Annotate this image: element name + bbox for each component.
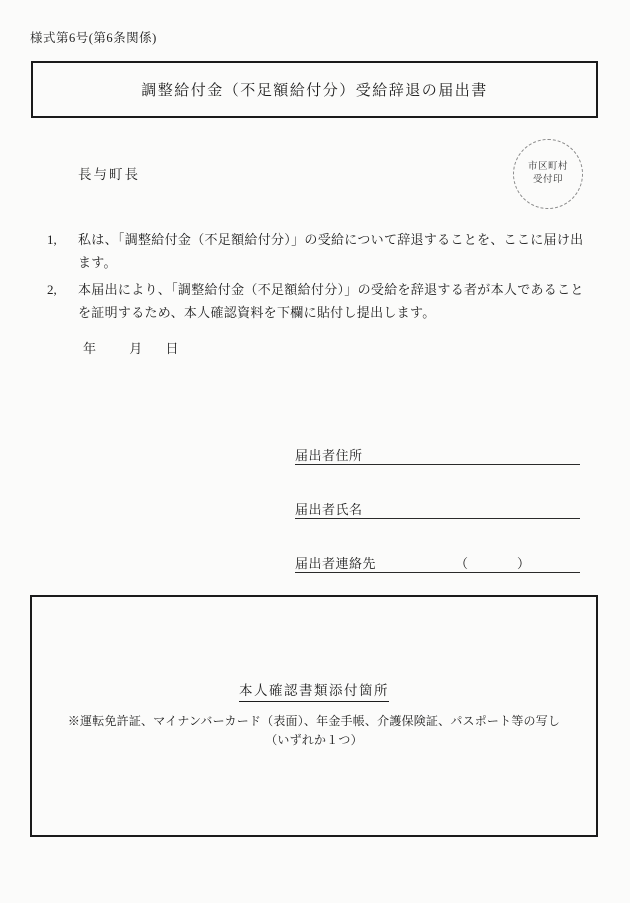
stamp-text-line1: 市区町村 (528, 161, 568, 174)
date-month-label: 月 (129, 341, 142, 356)
field-declarant-address: 届出者住所 (295, 445, 580, 465)
date-line: 年 月 日 (83, 338, 179, 357)
contact-paren-open: （ (455, 553, 468, 572)
item-1-text: 私は、「調整給付金（不足額給付分）」の受給について辞退することを、ここに届け出ま… (78, 228, 592, 274)
contact-paren-close: ） (517, 553, 530, 572)
date-day-label: 日 (166, 341, 179, 356)
form-number: 様式第6号(第6条関係) (30, 28, 157, 46)
declarant-contact-label: 届出者連絡先 (295, 556, 376, 571)
title-box: 調整給付金（不足額給付分）受給辞退の届出書 (31, 61, 598, 118)
stamp-text-line2: 受付印 (533, 174, 563, 187)
statement-item-2: 2, 本届出により、「調整給付金（不足額給付分）」の受給を辞退する者が本人である… (47, 278, 592, 324)
attachment-heading: 本人確認書類添付箇所 (239, 679, 389, 702)
declarant-address-label: 届出者住所 (295, 448, 363, 463)
id-attachment-box: 本人確認書類添付箇所 ※運転免許証、マイナンバーカード（表面）、年金手帳、介護保… (30, 595, 598, 837)
id-attachment-content: 本人確認書類添付箇所 ※運転免許証、マイナンバーカード（表面）、年金手帳、介護保… (32, 679, 596, 750)
reception-stamp-circle: 市区町村 受付印 (513, 139, 583, 209)
date-year-label: 年 (83, 341, 96, 356)
field-declarant-contact: 届出者連絡先 （ ） (295, 553, 580, 573)
item-1-number: 1, (47, 228, 78, 251)
attachment-note-2: （いずれか１つ） (32, 731, 596, 750)
form-title: 調整給付金（不足額給付分）受給辞退の届出書 (141, 79, 488, 100)
item-2-number: 2, (47, 278, 78, 301)
addressee-label: 長与町長 (78, 163, 140, 183)
declarant-name-label: 届出者氏名 (295, 502, 363, 517)
statement-item-1: 1, 私は、「調整給付金（不足額給付分）」の受給について辞退することを、ここに届… (47, 228, 592, 274)
form-page: 様式第6号(第6条関係) 調整給付金（不足額給付分）受給辞退の届出書 長与町長 … (0, 0, 630, 903)
item-2-text: 本届出により、「調整給付金（不足額給付分）」の受給を辞退する者が本人であることを… (78, 278, 592, 324)
field-declarant-name: 届出者氏名 (295, 499, 580, 519)
attachment-note-1: ※運転免許証、マイナンバーカード（表面）、年金手帳、介護保険証、パスポート等の写… (32, 712, 596, 731)
